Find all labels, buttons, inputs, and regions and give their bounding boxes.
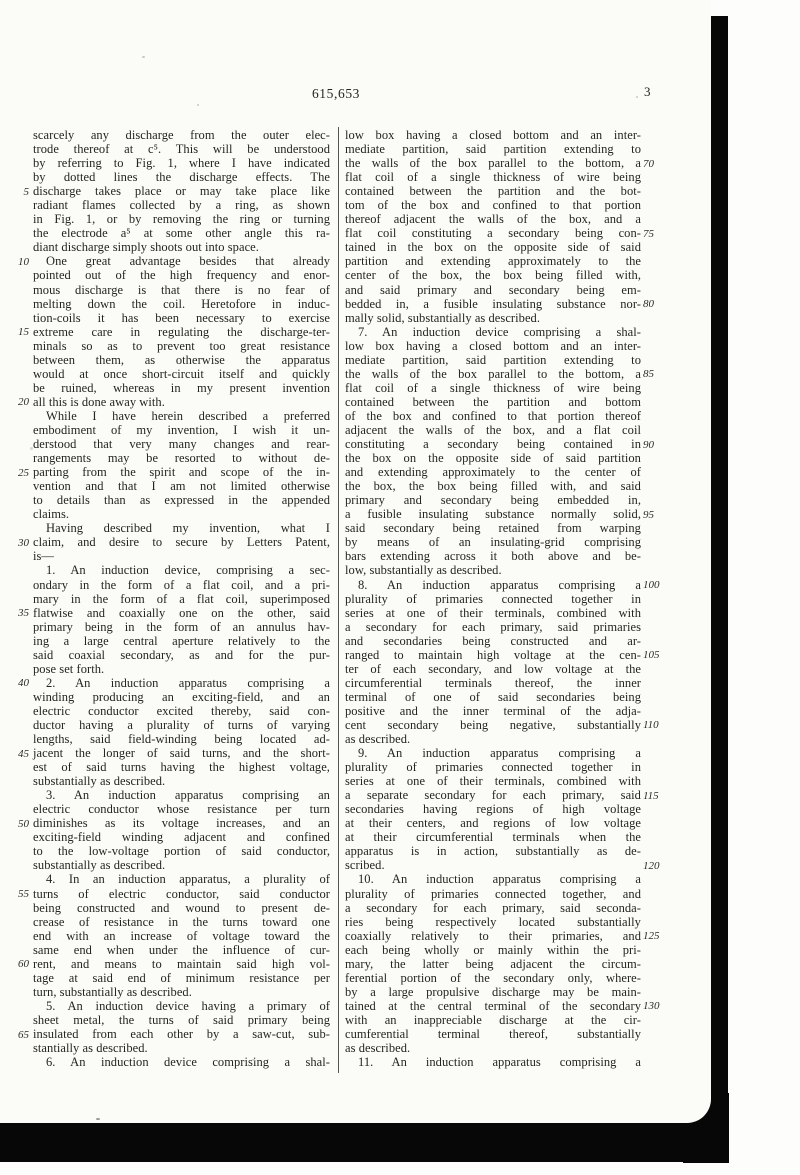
text-line-content: ferential portion of the secondary only,… (345, 971, 641, 985)
text-line: all this is done away with.20 (33, 395, 330, 409)
text-line: with an inappreciable discharge at the c… (345, 1013, 641, 1027)
text-line-content: a fusible insulating substance normally … (345, 507, 641, 521)
scan-speckle (142, 56, 145, 58)
text-line: sheet metal, the turns of said primary b… (33, 1013, 330, 1027)
text-line: apparatus is in action, substantially as… (345, 844, 641, 858)
text-line: mary in the form of a flat coil, superim… (33, 592, 330, 606)
text-line-content: scarcely any discharge from the outer el… (33, 128, 330, 142)
text-line-content: electric conductor whose resistance per … (33, 802, 330, 816)
text-line-content: would at once short-circuit itself and q… (33, 367, 330, 381)
text-line-content: by referring to Fig. 1, where I have ind… (33, 156, 330, 170)
text-line-content: flat coil of a single thickness of wire … (345, 381, 641, 395)
text-line-content: primary and secondary being embedded in, (345, 493, 641, 507)
text-line: turns of electric conductor, said conduc… (33, 887, 330, 901)
text-line-content: tained at the central terminal of the se… (345, 999, 641, 1013)
text-line: mediate partition, said partition extend… (345, 142, 641, 156)
text-line-content: being constructed and wound to present d… (33, 901, 330, 915)
text-line-content: insulated from each other by a saw-cut, … (33, 1027, 330, 1041)
text-line: crease of resistance in the turns toward… (33, 915, 330, 929)
text-line-content: with an inappreciable discharge at the c… (345, 1013, 641, 1027)
text-line: flat coil of a single thickness of wire … (345, 170, 641, 184)
text-line: Having described my invention, what I (33, 521, 330, 535)
text-line: by a large propulsive discharge may be m… (345, 985, 641, 999)
text-line: be ruined, whereas in my present inventi… (33, 381, 330, 395)
text-line-content: between them, as otherwise the apparatus (33, 353, 330, 367)
text-line: scarcely any discharge from the outer el… (33, 128, 330, 142)
text-line-content: a separate secondary for each primary, s… (345, 788, 641, 802)
text-line: diant discharge simply shoots out into s… (33, 240, 330, 254)
text-line: would at once short-circuit itself and q… (33, 367, 330, 381)
text-line-content: constituting a secondary being contained… (345, 437, 641, 451)
text-line: turn, substantially as described. (33, 985, 330, 999)
text-line: contained between the partition and bott… (345, 395, 641, 409)
text-line-content: pointed out of the high frequency and en… (33, 268, 330, 282)
text-line-content: rent, and means to maintain said high vo… (33, 957, 330, 971)
text-line-content: derstood that very many changes and rear… (33, 437, 330, 451)
text-line: the electrode a⁵ at some other angle thi… (33, 226, 330, 240)
text-line: a secondary for each primary, said prima… (345, 620, 641, 634)
text-line: as described. (345, 1041, 641, 1055)
text-line: 10. An induction apparatus comprising a (345, 872, 641, 886)
text-line: to the low-voltage portion of said condu… (33, 844, 330, 858)
margin-line-number: 115 (643, 789, 670, 803)
text-line-content: 3. An induction apparatus comprising an (33, 788, 330, 802)
text-line-content: center of the box, the box being filled … (345, 268, 641, 282)
text-line: rent, and means to maintain said high vo… (33, 957, 330, 971)
text-line: cumferential terminal thereof, substanti… (345, 1027, 641, 1041)
text-line: secondaries having regions of high volta… (345, 802, 641, 816)
text-line-content: electric conductor excited thereby, said… (33, 704, 330, 718)
text-line-content: plurality of primaries connected togethe… (345, 592, 641, 606)
text-line-content: tom of the box and confined to that port… (345, 198, 641, 212)
text-line: constituting a secondary being contained… (345, 437, 641, 451)
margin-line-number: 30 (11, 536, 29, 550)
text-line-content: embodiment of my invention, I wish it un… (33, 423, 330, 437)
text-line: winding producing an exciting-field, and… (33, 690, 330, 704)
text-line-content: to the low-voltage portion of said condu… (33, 844, 330, 858)
text-line-content: ter of each secondary, and low voltage a… (345, 662, 641, 676)
text-line-content: sheet metal, the turns of said primary b… (33, 1013, 330, 1027)
text-line: circumferential terminals thereof, the i… (345, 676, 641, 690)
text-line: primary being in the form of an annulus … (33, 620, 330, 634)
text-line-content: stantially as described. (33, 1041, 330, 1055)
text-line: While I have herein described a preferre… (33, 409, 330, 423)
text-line: 9. An induction apparatus comprising a (345, 746, 641, 760)
text-line-content: low, substantially as described. (345, 563, 641, 577)
margin-line-number: 100 (643, 578, 670, 592)
margin-line-number: 110 (643, 718, 670, 732)
text-line-content: at their centers, and regions of low vol… (345, 816, 641, 830)
text-line: pointed out of the high frequency and en… (33, 268, 330, 282)
text-line: low box having a closed bottom and an in… (345, 339, 641, 353)
scan-speckle (96, 1118, 100, 1120)
text-line: pose set forth. (33, 662, 330, 676)
text-line: 7. An induction device comprising a shal… (345, 325, 641, 339)
text-line: plurality of primaries connected togethe… (345, 760, 641, 774)
text-line-content: is— (33, 549, 330, 563)
text-line: in Fig. 1, or by removing the ring or tu… (33, 212, 330, 226)
text-line-content: series at one of their terminals, combin… (345, 606, 641, 620)
text-line-content: One great advantage besides that already (33, 254, 330, 268)
text-line-content: by dotted lines the discharge effects. T… (33, 170, 330, 184)
text-line-content: apparatus is in action, substantially as… (345, 844, 641, 858)
text-line: trode thereof at c⁵. This will be unders… (33, 142, 330, 156)
text-line-content: secondaries having regions of high volta… (345, 802, 641, 816)
margin-line-number: 20 (11, 395, 29, 409)
text-line-content: radiant flames collected by a ring, as s… (33, 198, 330, 212)
text-line-content: claims. (33, 507, 330, 521)
text-line-content: contained between the partition and the … (345, 184, 641, 198)
margin-line-number: 60 (11, 957, 29, 971)
margin-line-number: 80 (643, 297, 670, 311)
text-line: ondary in the form of a flat coil, and a… (33, 578, 330, 592)
text-line-content: plurality of primaries connected togethe… (345, 760, 641, 774)
text-line: substantially as described. (33, 858, 330, 872)
text-line-content: 11. An induction apparatus comprising a (345, 1055, 641, 1069)
margin-line-number: 45 (11, 747, 29, 761)
text-line-content: by means of an insulating-grid comprisin… (345, 535, 641, 549)
text-line: 5. An induction device having a primary … (33, 999, 330, 1013)
text-line: 2. An induction apparatus comprising a40 (33, 676, 330, 690)
text-line: 1. An induction device, comprising a sec… (33, 563, 330, 577)
text-line: adjacent the walls of the box, and a fla… (345, 423, 641, 437)
text-line: stantially as described. (33, 1041, 330, 1055)
scan-edge-right (711, 16, 728, 1162)
text-line: bars extending across it both above and … (345, 549, 641, 563)
text-line-content: While I have herein described a preferre… (33, 409, 330, 423)
text-line: to details than as expressed in the appe… (33, 493, 330, 507)
text-line: substantially as described. (33, 774, 330, 788)
text-line: embodiment of my invention, I wish it un… (33, 423, 330, 437)
text-line-content: and secondaries being constructed and ar… (345, 634, 641, 648)
text-line: partition and extending approximately to… (345, 254, 641, 268)
text-line-content: coaxially relatively to their primaries,… (345, 929, 641, 943)
text-line: and said primary and secondary being em- (345, 283, 641, 297)
text-line: by referring to Fig. 1, where I have ind… (33, 156, 330, 170)
scan-speckle (505, 148, 507, 150)
text-line-content: 7. An induction device comprising a shal… (345, 325, 641, 339)
text-line: flat coil of a single thickness of wire … (345, 381, 641, 395)
text-line-content: diant discharge simply shoots out into s… (33, 240, 330, 254)
text-line: being constructed and wound to present d… (33, 901, 330, 915)
text-line: plurality of primaries connected togethe… (345, 887, 641, 901)
text-line-content: turns of electric conductor, said conduc… (33, 887, 330, 901)
text-line-content: at their circumferential terminals when … (345, 830, 641, 844)
text-line-content: rangements may be resorted to without de… (33, 451, 330, 465)
scan-speckle (636, 96, 638, 98)
text-line: One great advantage besides that already… (33, 254, 330, 268)
text-line: the walls of the box parallel to the bot… (345, 156, 641, 170)
text-line: parting from the spirit and scope of the… (33, 465, 330, 479)
text-line-content: of the box and confined to that portion … (345, 409, 641, 423)
text-line-content: exciting-field winding adjacent and conf… (33, 830, 330, 844)
text-line: same end when under the influence of cur… (33, 943, 330, 957)
text-line: ries being respectively located substant… (345, 915, 641, 929)
text-line: thereof adjacent the walls of the box, a… (345, 212, 641, 226)
text-line: derstood that very many changes and rear… (33, 437, 330, 451)
text-line: 3. An induction apparatus comprising an (33, 788, 330, 802)
text-line-content: bedded in, a fusible insulating substanc… (345, 297, 641, 311)
scan-edge-bottom (0, 1123, 728, 1162)
text-line-content: ing a large central aperture relatively … (33, 634, 330, 648)
text-line-content: flatwise and coaxially one on the other,… (33, 606, 330, 620)
text-line: the box on the opposite side of said par… (345, 451, 641, 465)
text-line-content: 5. An induction device having a primary … (33, 999, 330, 1013)
text-line: is— (33, 549, 330, 563)
text-line-content: to details than as expressed in the appe… (33, 493, 330, 507)
text-line: claims. (33, 507, 330, 521)
scan-speckle (430, 998, 432, 1000)
text-line-content: ries being respectively located substant… (345, 915, 641, 929)
text-line: center of the box, the box being filled … (345, 268, 641, 282)
text-line: a fusible insulating substance normally … (345, 507, 641, 521)
text-line-content: low box having a closed bottom and an in… (345, 128, 641, 142)
margin-line-number: 15 (11, 325, 29, 339)
text-line-content: the box on the opposite side of said par… (345, 451, 641, 465)
text-line-content: mary in the form of a flat coil, superim… (33, 592, 330, 606)
text-line: diminishes as its voltage increases, and… (33, 816, 330, 830)
text-line-content: ondary in the form of a flat coil, and a… (33, 578, 330, 592)
text-line-content: pose set forth. (33, 662, 330, 676)
text-line: ranged to maintain high voltage at the c… (345, 648, 641, 662)
margin-line-number: 85 (643, 367, 670, 381)
text-line-content: parting from the spirit and scope of the… (33, 465, 330, 479)
text-line: coaxially relatively to their primaries,… (345, 929, 641, 943)
text-line-content: tion-coils it has been necessary to exer… (33, 311, 330, 325)
text-line-content: each being wholly or mainly within the p… (345, 943, 641, 957)
text-line: melting down the coil. Heretofore in ind… (33, 297, 330, 311)
text-line: at their circumferential terminals when … (345, 830, 641, 844)
text-line: ter of each secondary, and low voltage a… (345, 662, 641, 676)
text-line: a separate secondary for each primary, s… (345, 788, 641, 802)
text-line-content: crease of resistance in the turns toward… (33, 915, 330, 929)
text-line-content: the box, the box being filled with, and … (345, 479, 641, 493)
text-line: exciting-field winding adjacent and conf… (33, 830, 330, 844)
text-line: as described. (345, 732, 641, 746)
text-line-content: 9. An induction apparatus comprising a (345, 746, 641, 760)
text-line: extreme care in regulating the discharge… (33, 325, 330, 339)
text-line-content: the electrode a⁵ at some other angle thi… (33, 226, 330, 240)
margin-line-number: 55 (11, 887, 29, 901)
text-line-content: substantially as described. (33, 774, 330, 788)
text-line: vention and that I am not limited otherw… (33, 479, 330, 493)
column-divider-rule (338, 127, 339, 1073)
text-line: 11. An induction apparatus comprising a (345, 1055, 641, 1069)
text-line: est of said turns having the highest vol… (33, 760, 330, 774)
margin-line-number: 50 (11, 817, 29, 831)
text-line: contained between the partition and the … (345, 184, 641, 198)
text-line-content: positive and the inner terminal of the a… (345, 704, 641, 718)
text-line: at their centers, and regions of low vol… (345, 816, 641, 830)
text-line: low, substantially as described. (345, 563, 641, 577)
text-line: scribed.120 (345, 858, 641, 872)
text-line: primary and secondary being embedded in, (345, 493, 641, 507)
margin-line-number: 35 (11, 606, 29, 620)
text-line: the walls of the box parallel to the bot… (345, 367, 641, 381)
patent-page: 615,653 3 scarcely any discharge from th… (0, 0, 711, 1123)
margin-line-number: 95 (643, 508, 670, 522)
text-line: ductor having a plurality of turns of va… (33, 718, 330, 732)
text-line: each being wholly or mainly within the p… (345, 943, 641, 957)
text-line-content: mary, the latter being adjacent the circ… (345, 957, 641, 971)
margin-line-number: 120 (643, 859, 670, 873)
text-line-content: 1. An induction device, comprising a sec… (33, 563, 330, 577)
text-line-content: jacent the longer of said turns, and the… (33, 746, 330, 760)
text-line: and extending approximately to the cente… (345, 465, 641, 479)
text-line: and secondaries being constructed and ar… (345, 634, 641, 648)
text-line-content: plurality of primaries connected togethe… (345, 887, 641, 901)
text-line: series at one of their terminals, combin… (345, 606, 641, 620)
text-line: discharge takes place or may take place … (33, 184, 330, 198)
text-line-content: trode thereof at c⁵. This will be unders… (33, 142, 330, 156)
margin-line-number: 75 (643, 227, 670, 241)
text-line-content: winding producing an exciting-field, and… (33, 690, 330, 704)
text-line-content: same end when under the influence of cur… (33, 943, 330, 957)
text-line-content: and extending approximately to the cente… (345, 465, 641, 479)
text-line: bedded in, a fusible insulating substanc… (345, 297, 641, 311)
text-line: mous discharge is that there is no fear … (33, 283, 330, 297)
margin-line-number: 130 (643, 999, 670, 1013)
text-line-content: 10. An induction apparatus comprising a (345, 872, 641, 886)
text-line: claim, and desire to secure by Letters P… (33, 535, 330, 549)
text-line-content: substantially as described. (33, 858, 330, 872)
text-line: said coaxial secondary, as and for the p… (33, 648, 330, 662)
margin-line-number: 5 (11, 185, 29, 199)
text-line-content: terminal of one of said secondaries bein… (345, 690, 641, 704)
text-line: rangements may be resorted to without de… (33, 451, 330, 465)
text-line-content: bars extending across it both above and … (345, 549, 641, 563)
text-line: insulated from each other by a saw-cut, … (33, 1027, 330, 1041)
text-line: tained at the central terminal of the se… (345, 999, 641, 1013)
text-line: mally solid, substantially as described. (345, 311, 641, 325)
text-line: mary, the latter being adjacent the circ… (345, 957, 641, 971)
margin-line-number: 40 (11, 676, 29, 690)
text-line: cent secondary being negative, substanti… (345, 718, 641, 732)
text-line-content: flat coil of a single thickness of wire … (345, 170, 641, 184)
text-line: electric conductor whose resistance per … (33, 802, 330, 816)
text-line-content: ductor having a plurality of turns of va… (33, 718, 330, 732)
text-line: by means of an insulating-grid comprisin… (345, 535, 641, 549)
text-line-content: Having described my invention, what I (33, 521, 330, 535)
text-line-content: diminishes as its voltage increases, and… (33, 816, 330, 830)
text-line: terminal of one of said secondaries bein… (345, 690, 641, 704)
text-line-content: by a large propulsive discharge may be m… (345, 985, 641, 999)
text-line: tage at said end of minimum resistance p… (33, 971, 330, 985)
text-line-content: primary being in the form of an annulus … (33, 620, 330, 634)
text-line-content: and said primary and secondary being em- (345, 283, 641, 297)
text-line: tion-coils it has been necessary to exer… (33, 311, 330, 325)
text-line-content: all this is done away with. (33, 395, 330, 409)
text-line: 6. An induction device comprising a shal… (33, 1055, 330, 1069)
text-line-content: end with an increase of voltage toward t… (33, 929, 330, 943)
text-line-content: thereof adjacent the walls of the box, a… (345, 212, 641, 226)
text-line-content: claim, and desire to secure by Letters P… (33, 535, 330, 549)
text-line-content: est of said turns having the highest vol… (33, 760, 330, 774)
text-line-content: tained in the box on the opposite side o… (345, 240, 641, 254)
text-line: ferential portion of the secondary only,… (345, 971, 641, 985)
text-line: ing a large central aperture relatively … (33, 634, 330, 648)
margin-line-number: 90 (643, 438, 670, 452)
text-line: by dotted lines the discharge effects. T… (33, 170, 330, 184)
right-column: low box having a closed bottom and an in… (345, 128, 641, 1069)
text-line-content: adjacent the walls of the box, and a fla… (345, 423, 641, 437)
text-line-content: extreme care in regulating the discharge… (33, 325, 330, 339)
text-line-content: a secondary for each primary, said prima… (345, 620, 641, 634)
text-line-content: mally solid, substantially as described. (345, 311, 641, 325)
margin-line-number: 105 (643, 648, 670, 662)
text-line-content: contained between the partition and bott… (345, 395, 641, 409)
text-line: said secondary being retained from warpi… (345, 521, 641, 535)
text-line: between them, as otherwise the apparatus (33, 353, 330, 367)
text-line-content: minals so as to prevent too great resist… (33, 339, 330, 353)
text-line-content: cumferential terminal thereof, substanti… (345, 1027, 641, 1041)
margin-line-number: 125 (643, 929, 670, 943)
text-line: positive and the inner terminal of the a… (345, 704, 641, 718)
text-line-content: as described. (345, 732, 641, 746)
text-line-content: ranged to maintain high voltage at the c… (345, 648, 641, 662)
text-line-content: mediate partition, said partition extend… (345, 353, 641, 367)
patent-number: 615,653 (281, 86, 391, 102)
text-line-content: the walls of the box parallel to the bot… (345, 156, 641, 170)
text-line-content: low box having a closed bottom and an in… (345, 339, 641, 353)
text-line-content: series at one of their terminals, combin… (345, 774, 641, 788)
text-line-content: melting down the coil. Heretofore in ind… (33, 297, 330, 311)
text-line-content: be ruined, whereas in my present inventi… (33, 381, 330, 395)
text-line: jacent the longer of said turns, and the… (33, 746, 330, 760)
text-line: series at one of their terminals, combin… (345, 774, 641, 788)
text-line: radiant flames collected by a ring, as s… (33, 198, 330, 212)
text-line: a secondary for each primary, said secon… (345, 901, 641, 915)
text-line: of the box and confined to that portion … (345, 409, 641, 423)
text-line: tained in the box on the opposite side o… (345, 240, 641, 254)
text-line-content: the walls of the box parallel to the bot… (345, 367, 641, 381)
text-line-content: 2. An induction apparatus comprising a (33, 676, 330, 690)
text-line: end with an increase of voltage toward t… (33, 929, 330, 943)
text-line: 8. An induction apparatus comprising a10… (345, 578, 641, 592)
margin-line-number: 25 (11, 466, 29, 480)
text-line-content: tage at said end of minimum resistance p… (33, 971, 330, 985)
margin-line-number: 70 (643, 157, 670, 171)
text-line-content: cent secondary being negative, substanti… (345, 718, 641, 732)
text-line-content: turn, substantially as described. (33, 985, 330, 999)
text-line-content: 8. An induction apparatus comprising a (345, 578, 641, 592)
margin-line-number: 10 (11, 255, 29, 269)
text-line-content: as described. (345, 1041, 641, 1055)
text-line: flatwise and coaxially one on the other,… (33, 606, 330, 620)
text-line-content: lengths, said field-winding being locate… (33, 732, 330, 746)
text-line-content: flat coil constituting a secondary being… (345, 226, 641, 240)
text-line-content: discharge takes place or may take place … (33, 184, 330, 198)
text-line-content: mediate partition, said partition extend… (345, 142, 641, 156)
page-number: 3 (644, 84, 651, 100)
text-line: the box, the box being filled with, and … (345, 479, 641, 493)
margin-line-number: 65 (11, 1028, 29, 1042)
left-column: scarcely any discharge from the outer el… (33, 128, 330, 1069)
text-line-content: circumferential terminals thereof, the i… (345, 676, 641, 690)
text-line: low box having a closed bottom and an in… (345, 128, 641, 142)
text-line: electric conductor excited thereby, said… (33, 704, 330, 718)
text-line-content: said secondary being retained from warpi… (345, 521, 641, 535)
text-line: flat coil constituting a secondary being… (345, 226, 641, 240)
text-line-content: partition and extending approximately to… (345, 254, 641, 268)
scan-speckle (197, 104, 199, 106)
text-line: plurality of primaries connected togethe… (345, 592, 641, 606)
text-line-content: said coaxial secondary, as and for the p… (33, 648, 330, 662)
scan-speckle (30, 447, 33, 450)
text-line: tom of the box and confined to that port… (345, 198, 641, 212)
scan-speckle (252, 1059, 255, 1061)
text-line-content: 4. In an induction apparatus, a pluralit… (33, 872, 330, 886)
